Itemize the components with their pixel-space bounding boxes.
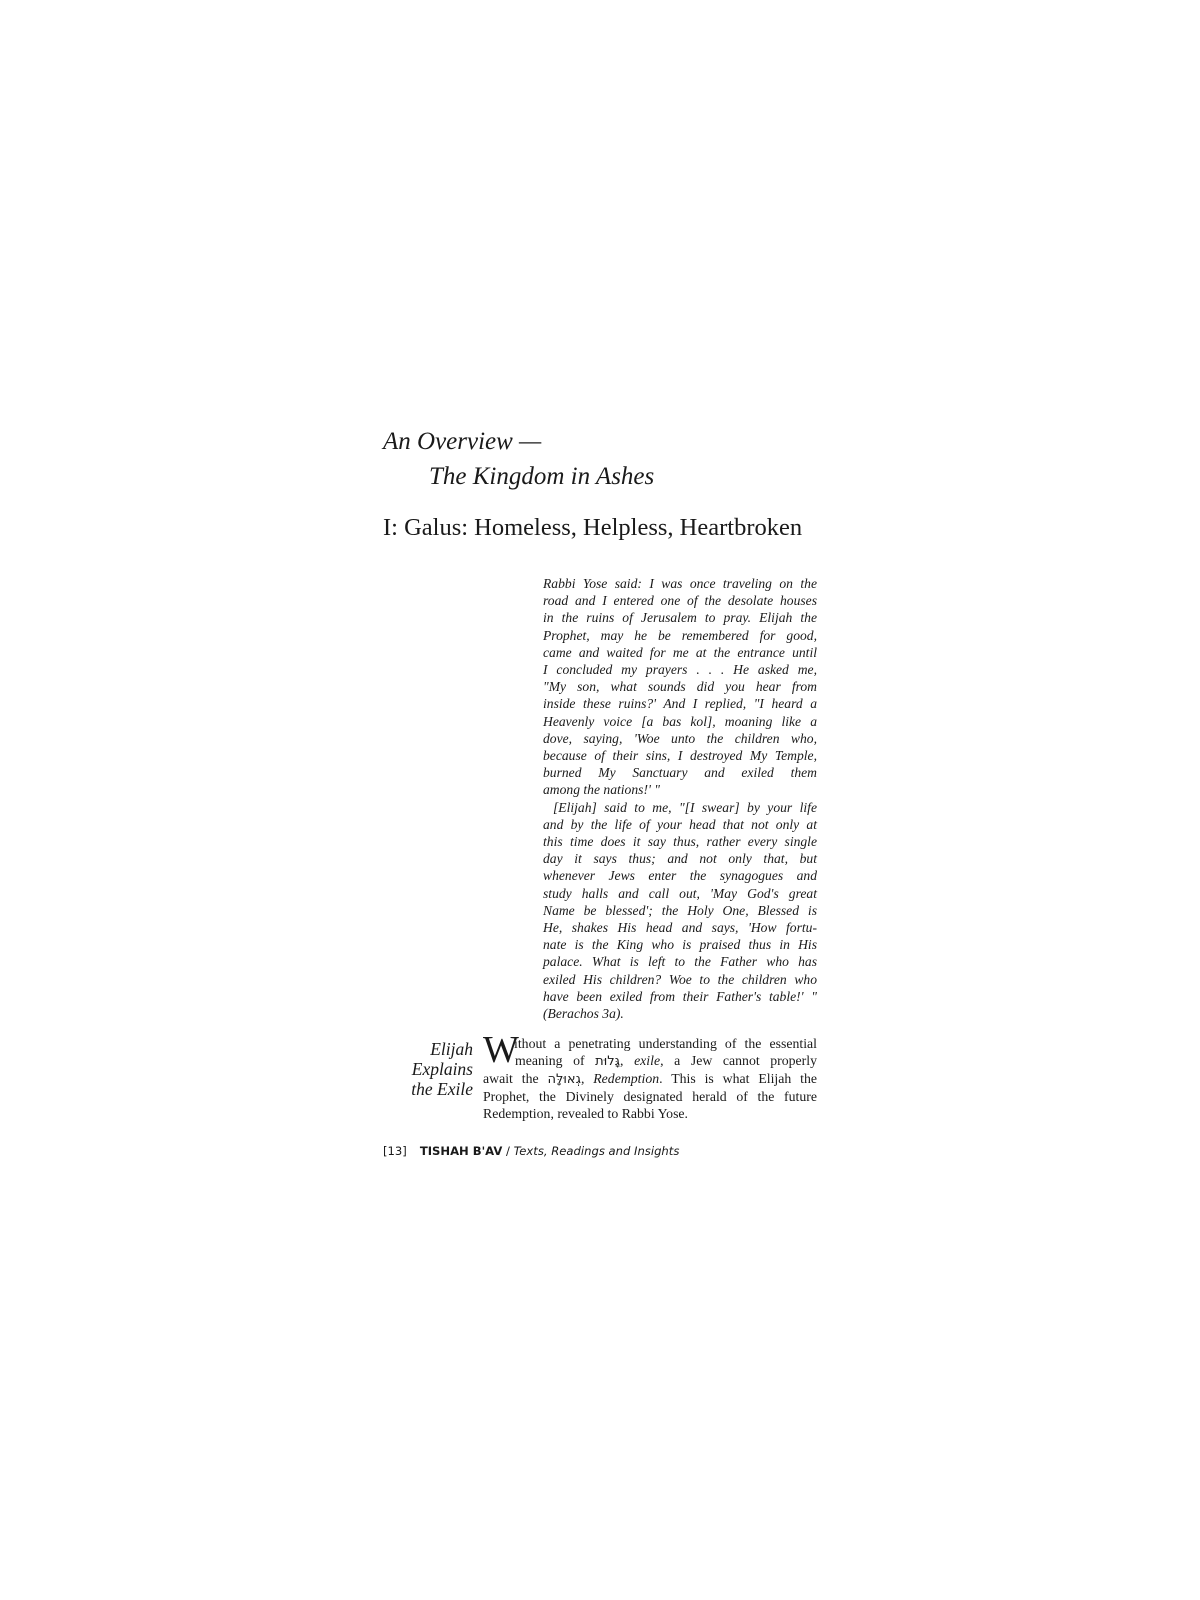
body-line: meaning of גָּלוּת, exile, a Jew cannot … [483, 1052, 817, 1070]
overview-title-line1: An Overview — [383, 424, 654, 459]
epigraph-quote: Rabbi Yose said: I was once traveling on… [543, 575, 817, 1022]
body-text-fragment: meaning of [515, 1053, 595, 1068]
overview-title: An Overview — The Kingdom in Ashes [383, 424, 654, 494]
quote-line: Name be blessed'; the Holy One, Blessed … [543, 902, 817, 919]
body-line: Prophet, the Divinely designated herald … [483, 1088, 817, 1105]
margin-note: Elijah Explains the Exile [395, 1039, 473, 1099]
margin-note-line: the Exile [395, 1079, 473, 1099]
overview-title-line2: The Kingdom in Ashes [383, 459, 654, 494]
quote-line: because of their sins, I destroyed My Te… [543, 747, 817, 764]
body-line: Redemption, revealed to Rabbi Yose. [483, 1105, 817, 1122]
quote-line: road and I entered one of the desolate h… [543, 592, 817, 609]
quote-line: exiled His children? Woe to the children… [543, 971, 817, 988]
quote-line: Heavenly voice [a bas kol], moaning like… [543, 713, 817, 730]
drop-cap: W [483, 1031, 519, 1069]
quote-line: "My son, what sounds did you hear from [543, 678, 817, 695]
quote-line: palace. What is left to the Father who h… [543, 953, 817, 970]
quote-line: inside these ruins?' And I replied, "I h… [543, 695, 817, 712]
quote-line: and by the life of your head that not on… [543, 816, 817, 833]
term-redemption: Redemption [593, 1071, 659, 1086]
body-line: await the גְאוּלָּה, Redemption. This is… [483, 1070, 817, 1088]
hebrew-word-geulah: גְאוּלָּה [547, 1072, 580, 1087]
page-footer: [13]TISHAH B'AV / Texts, Readings and In… [383, 1143, 679, 1159]
quote-line: I concluded my prayers . . . He asked me… [543, 661, 817, 678]
quote-line: Rabbi Yose said: I was once traveling on… [543, 575, 817, 592]
quote-line: in the ruins of Jerusalem to pray. Elija… [543, 609, 817, 626]
book-page: An Overview — The Kingdom in Ashes I: Ga… [0, 0, 1200, 1600]
quote-line: nate is the King who is praised thus in … [543, 936, 817, 953]
quote-line: among the nations!' " [543, 781, 817, 798]
body-paragraph: W ithout a penetrating understanding of … [483, 1035, 817, 1122]
page-number: [13] [383, 1144, 407, 1158]
quote-line: He, shakes His head and says, 'How fortu… [543, 919, 817, 936]
quote-line: have been exiled from their Father's tab… [543, 988, 817, 1005]
quote-line: this time does it say thus, rather every… [543, 833, 817, 850]
quote-line: day it says thus; and not only that, but [543, 850, 817, 867]
body-text-fragment: , [620, 1053, 634, 1068]
book-title: TISHAH B'AV [420, 1144, 503, 1158]
footer-separator: / [502, 1144, 513, 1158]
term-exile: exile [634, 1053, 660, 1068]
quote-citation: (Berachos 3a). [543, 1005, 817, 1022]
margin-note-line: Explains [395, 1059, 473, 1079]
quote-line: dove, saying, 'Woe unto the children who… [543, 730, 817, 747]
quote-paragraph-1: Rabbi Yose said: I was once traveling on… [543, 575, 817, 799]
hebrew-word-galus: גָּלוּת [595, 1054, 620, 1069]
quote-line: [Elijah] said to me, "[I swear] by your … [543, 799, 817, 816]
book-subtitle: Texts, Readings and Insights [514, 1144, 680, 1158]
quote-line: whenever Jews enter the synagogues and [543, 867, 817, 884]
section-heading: I: Galus: Homeless, Helpless, Heartbroke… [383, 513, 802, 543]
body-text-fragment: , a Jew cannot properly [660, 1053, 817, 1068]
quote-paragraph-2: [Elijah] said to me, "[I swear] by your … [543, 799, 817, 1023]
body-text-fragment: . This is what Elijah the [659, 1071, 817, 1086]
quote-line: study halls and call out, 'May God's gre… [543, 885, 817, 902]
body-text-fragment: await the [483, 1071, 547, 1086]
margin-note-line: Elijah [395, 1039, 473, 1059]
quote-line: came and waited for me at the entrance u… [543, 644, 817, 661]
quote-line: burned My Sanctuary and exiled them [543, 764, 817, 781]
quote-line: Prophet, may he be remembered for good, [543, 627, 817, 644]
body-line: ithout a penetrating understanding of th… [483, 1035, 817, 1052]
body-text-fragment: , [581, 1071, 593, 1086]
